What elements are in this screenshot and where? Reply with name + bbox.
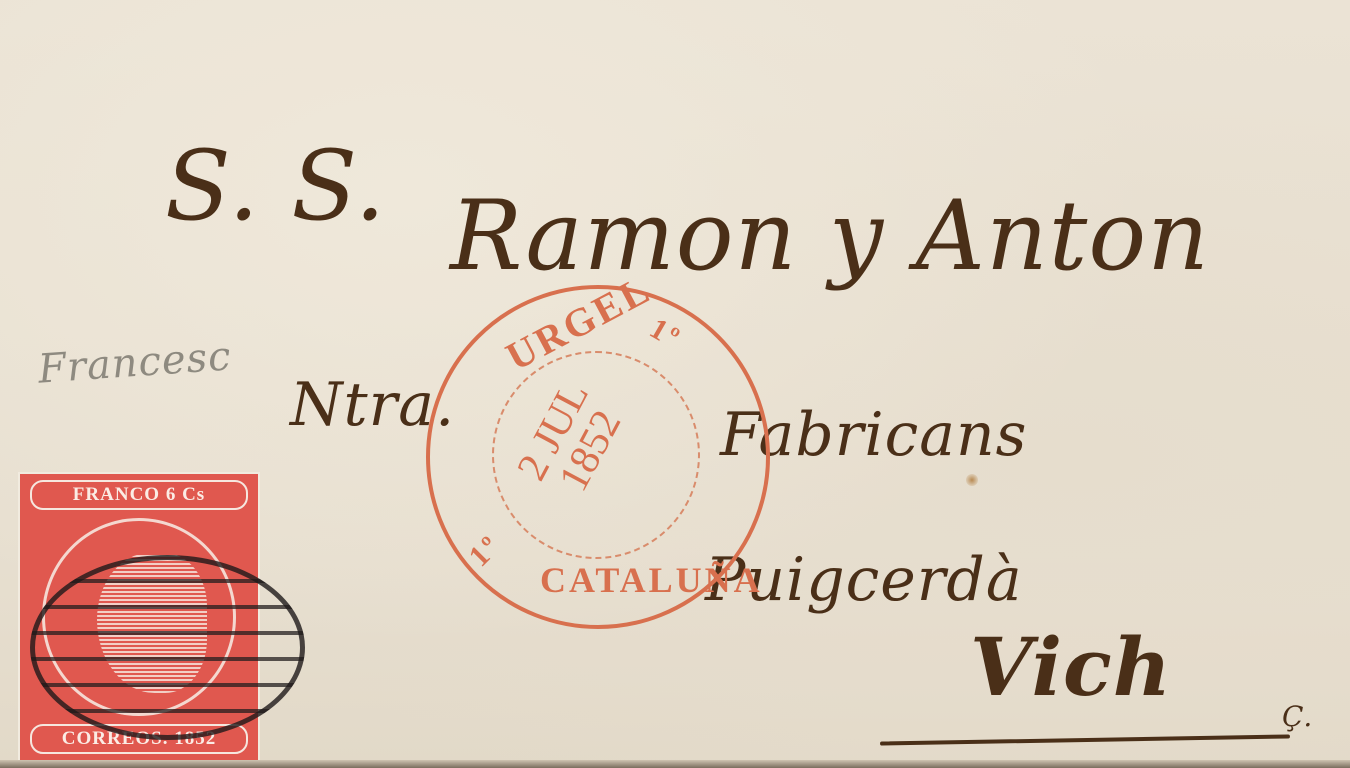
postmark-left-mark: 1º <box>463 528 509 574</box>
envelope-edge <box>0 760 1350 768</box>
corner-mark: Ç. <box>1282 700 1313 733</box>
stamp-top-label: FRANCO 6 Cs <box>30 480 248 510</box>
salutation: S. S. <box>165 130 386 242</box>
grill-cancellation <box>30 555 305 740</box>
addressee: Ramon y Anton <box>450 180 1210 292</box>
foxing-spot <box>966 474 978 486</box>
postmark-right-mark: 1º <box>644 312 688 357</box>
postmark: URGEL 1º 1º CATALUÑA 2 JUL 1852 <box>426 285 770 629</box>
postmark-region: CATALUÑA <box>540 559 763 601</box>
destination: Vich <box>970 620 1172 714</box>
